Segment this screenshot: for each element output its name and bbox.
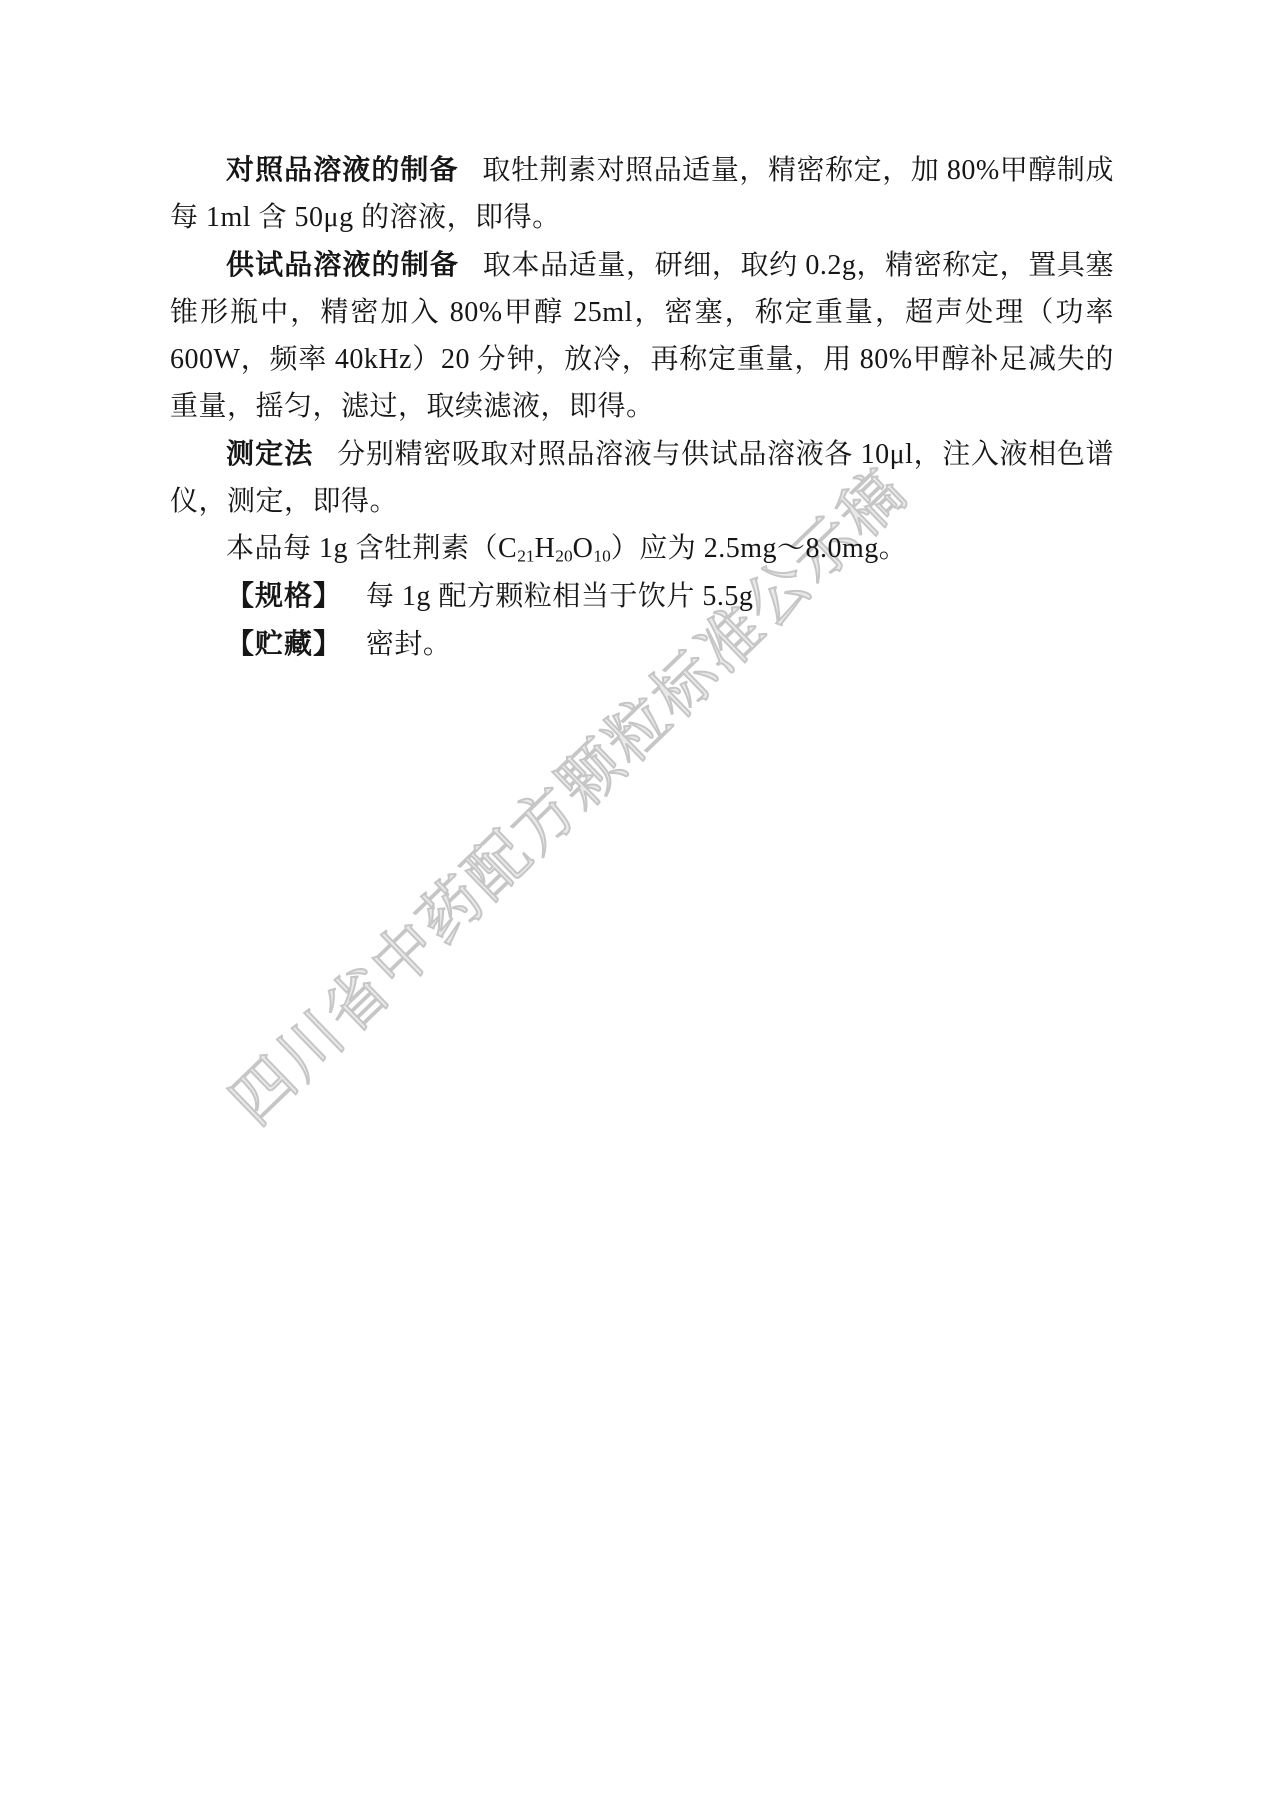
document-content: 对照品溶液的制备取牡荆素对照品适量，精密称定，加 80%甲醇制成每 1ml 含 … [170, 146, 1114, 668]
section-label-reference-solution: 对照品溶液的制备 [226, 154, 459, 185]
section-text-storage: 密封。 [366, 629, 452, 660]
formula-subscript-c: 21 [517, 546, 534, 565]
assay-limit-suffix: ）应为 2.5mg～8.0mg。 [611, 533, 908, 564]
formula-subscript-o: 10 [593, 546, 610, 565]
formula-element-c: C [498, 533, 517, 564]
section-label-test-solution: 供试品溶液的制备 [226, 249, 459, 280]
formula-subscript-h: 20 [555, 546, 572, 565]
section-label-storage: 【贮藏】 [226, 628, 342, 659]
formula-element-h: H [535, 533, 556, 564]
paragraph-reference-solution-preparation: 对照品溶液的制备取牡荆素对照品适量，精密称定，加 80%甲醇制成每 1ml 含 … [170, 146, 1114, 241]
paragraph-specification: 【规格】每 1g 配方颗粒相当于饮片 5.5g [170, 572, 1114, 620]
paragraph-determination-method: 测定法分别精密吸取对照品溶液与供试品溶液各 10μl，注入液相色谱仪，测定，即得… [170, 430, 1114, 525]
paragraph-assay-limit: 本品每 1g 含牡荆素（C21H20O10）应为 2.5mg～8.0mg。 [170, 525, 1114, 572]
document-page: 四川省中药配方颗粒标准公示稿 对照品溶液的制备取牡荆素对照品适量，精密称定，加 … [0, 0, 1280, 1811]
section-text-specification: 每 1g 配方颗粒相当于饮片 5.5g [366, 581, 754, 612]
assay-limit-prefix: 本品每 1g 含牡荆素（ [226, 533, 498, 564]
formula-element-o: O [573, 533, 594, 564]
section-label-determination-method: 测定法 [226, 438, 313, 469]
paragraph-storage: 【贮藏】密封。 [170, 620, 1114, 668]
paragraph-test-solution-preparation: 供试品溶液的制备取本品适量，研细，取约 0.2g，精密称定，置具塞锥形瓶中，精密… [170, 241, 1114, 430]
section-label-specification: 【规格】 [226, 580, 342, 611]
